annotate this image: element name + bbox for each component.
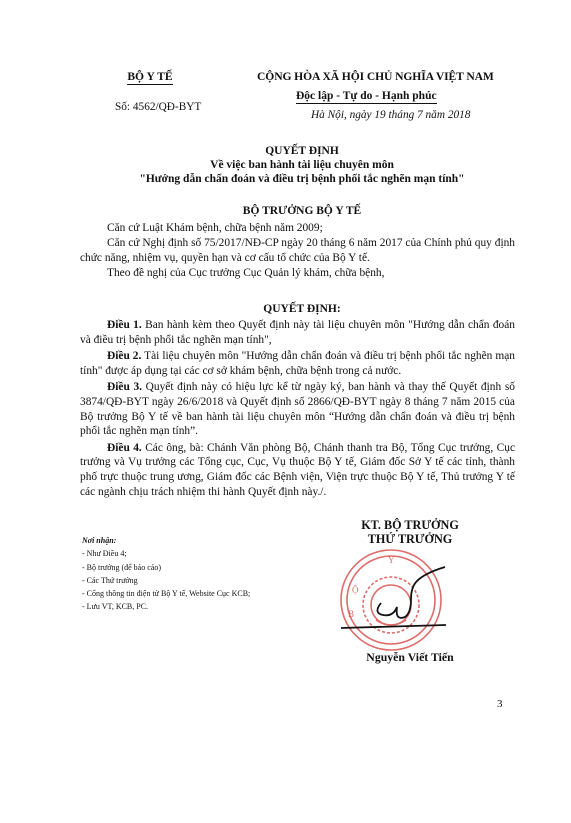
ministry-name: BỘ Y TẾ [110, 70, 190, 84]
decision-title: QUYẾT ĐỊNH [90, 145, 514, 159]
article-3: Điều 3. Quyết định này có hiệu lực kể từ… [80, 380, 515, 438]
page-number: 3 [497, 698, 503, 710]
recipient-item: - Lưu VT, KCB, PC. [82, 600, 250, 613]
national-motto: Độc lập - Tự do - Hạnh phúc [296, 90, 437, 102]
svg-text:B: B [348, 609, 354, 619]
signature-title: KT. BỘ TRƯỞNG THỨ TRƯỞNG [330, 518, 490, 546]
recipient-item: - Bộ trưởng (để báo cáo) [82, 561, 250, 574]
preamble-2: Căn cứ Nghị định số 75/2017/NĐ-CP ngày 2… [80, 236, 515, 265]
svg-text:Y: Y [388, 555, 395, 565]
decision-heading: QUYẾT ĐỊNH: [90, 303, 514, 315]
nation-name: CỘNG HÒA XÃ HỘI CHỦ NGHĨA VIỆT NAM [257, 70, 494, 83]
decision-subject: Về việc ban hành tài liệu chuyên môn [90, 159, 514, 173]
article-4: Điều 4. Các ông, bà: Chánh Văn phòng Bộ,… [80, 441, 515, 499]
recipient-item: - Cổng thông tin điện tử Bộ Y tế, Websit… [82, 587, 250, 600]
recipients-heading: Nơi nhận: [82, 534, 250, 547]
article-1: Điều 1. Ban hành kèm theo Quyết định này… [80, 318, 515, 347]
official-stamp-icon: Y Ộ B [336, 545, 446, 655]
recipient-item: - Như Điều 4; [82, 547, 250, 560]
decision-document-name: "Hướng dẫn chẩn đoán và điều trị bệnh ph… [90, 173, 514, 187]
place-date: Hà Nội, ngày 19 tháng 7 năm 2018 [311, 109, 470, 121]
signer-name: Nguyễn Viết Tiến [330, 650, 490, 665]
recipient-item: - Các Thứ trưởng [82, 574, 250, 587]
issuing-authority: BỘ TRƯỞNG BỘ Y TẾ [90, 205, 514, 217]
document-number: Số: 4562/QĐ-BYT [115, 101, 201, 113]
recipients-list: Nơi nhận: - Như Điều 4; - Bộ trưởng (để … [82, 534, 250, 614]
preamble-1: Căn cứ Luật Khám bệnh, chữa bệnh năm 200… [80, 221, 515, 236]
preamble-3: Theo đề nghị của Cục trưởng Cục Quản lý … [80, 266, 515, 281]
articles: Điều 1. Ban hành kèm theo Quyết định này… [80, 318, 515, 501]
article-2: Điều 2. Tài liệu chuyên môn "Hướng dẫn c… [80, 349, 515, 378]
svg-text:Ộ: Ộ [352, 585, 359, 595]
